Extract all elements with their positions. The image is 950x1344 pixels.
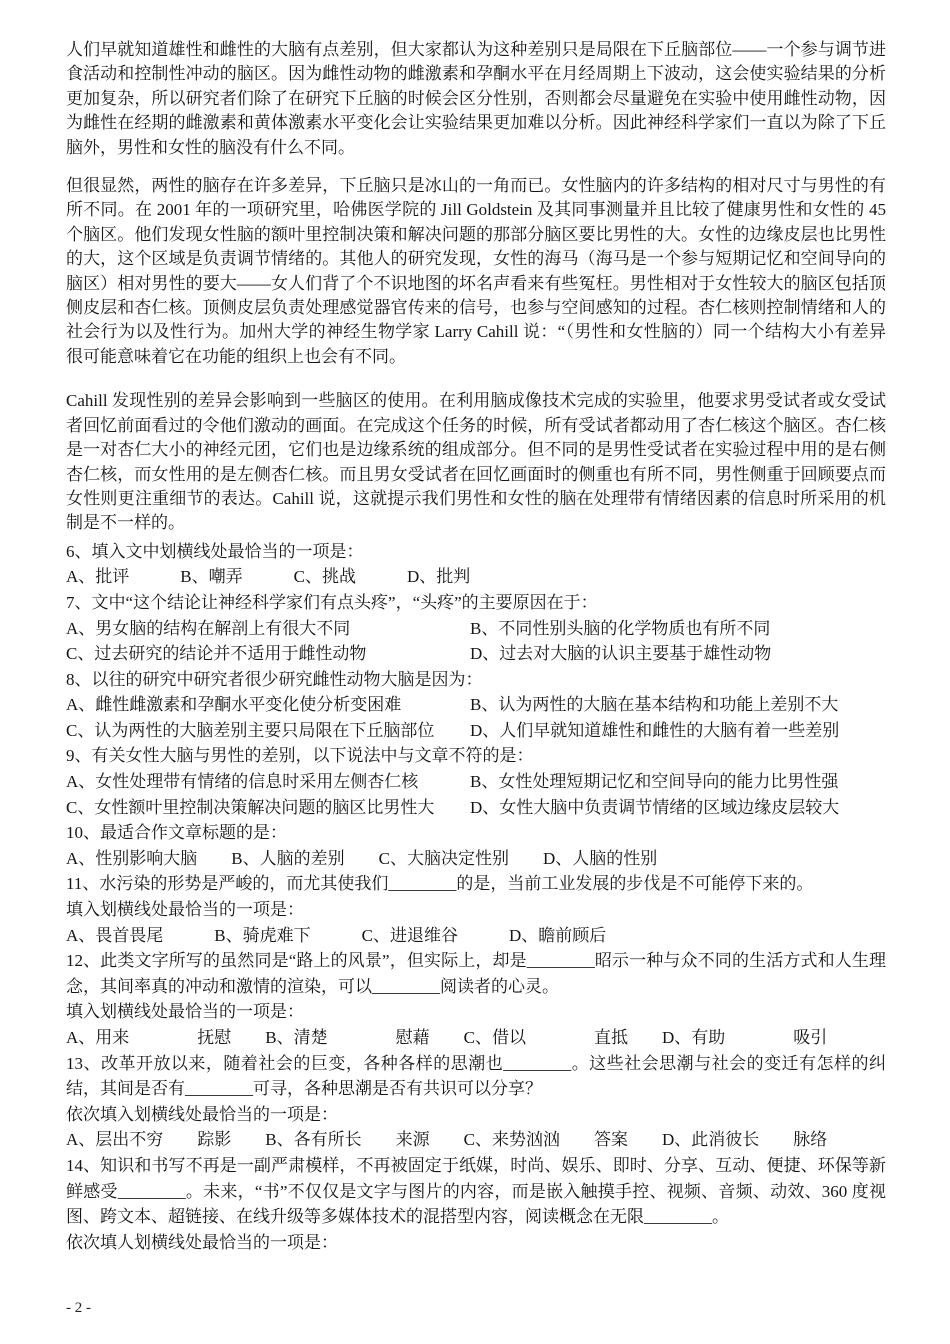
questions-section: 6、填入文中划横线处最恰当的一项是： A、批评 B、嘲弄 C、挑战 D、批判 7… xyxy=(66,539,886,1256)
question-8-option-c: C、认为两性的大脑差别主要只局限在下丘脑部位 xyxy=(66,718,470,744)
question-13-stem: 13、改革开放以来，随着社会的巨变，各种各样的思潮也________。这些社会思… xyxy=(66,1051,886,1102)
question-14-stem: 14、知识和书写不再是一副严肃模样，不再被固定于纸媒，时尚、娱乐、即时、分享、互… xyxy=(66,1153,886,1230)
question-9-option-c: C、女性额叶里控制决策解决问题的脑区比男性大 xyxy=(66,795,470,821)
question-10-stem: 10、最适合作文章标题的是： xyxy=(66,820,886,846)
question-12-stem: 12、此类文字所写的虽然同是“路上的风景”，但实际上，却是________昭示一… xyxy=(66,948,886,999)
question-14-prompt: 依次填人划横线处最恰当的一项是： xyxy=(66,1230,886,1256)
question-12: 12、此类文字所写的虽然同是“路上的风景”，但实际上，却是________昭示一… xyxy=(66,948,886,1050)
question-8-stem: 8、以往的研究中研究者很少研究雌性动物大脑是因为： xyxy=(66,667,886,693)
question-10: 10、最适合作文章标题的是： A、性别影响大脑 B、人脑的差别 C、大脑决定性别… xyxy=(66,820,886,871)
question-9: 9、有关女性大脑与男性的差别，以下说法中与文章不符的是： A、女性处理带有情绪的… xyxy=(66,743,886,820)
question-11-prompt: 填入划横线处最恰当的一项是： xyxy=(66,897,886,923)
question-10-options: A、性别影响大脑 B、人脑的差别 C、大脑决定性别 D、人脑的性别 xyxy=(66,846,886,872)
question-11-options: A、畏首畏尾 B、骑虎难下 C、进退维谷 D、瞻前顾后 xyxy=(66,923,886,949)
question-9-option-a: A、女性处理带有情绪的信息时采用左侧杏仁核 xyxy=(66,769,470,795)
question-8-options-ab: A、雌性雌激素和孕酮水平变化使分析变困难 B、认为两性的大脑在基本结构和功能上差… xyxy=(66,692,886,718)
question-7-options-cd: C、过去研究的结论并不适用于雌性动物 D、过去对大脑的认识主要基于雄性动物 xyxy=(66,641,886,667)
passage-paragraph-3: Cahill 发现性别的差异会影响到一些脑区的使用。在利用脑成像技术完成的实验里… xyxy=(66,389,886,535)
question-8-option-d: D、人们早就知道雄性和雌性的大脑有着一些差别 xyxy=(470,718,886,744)
question-7-options-ab: A、男女脑的结构在解剖上有很大不同 B、不同性别头脑的化学物质也有所不同 xyxy=(66,616,886,642)
question-9-options-ab: A、女性处理带有情绪的信息时采用左侧杏仁核 B、女性处理短期记忆和空间导向的能力… xyxy=(66,769,886,795)
question-8-option-a: A、雌性雌激素和孕酮水平变化使分析变困难 xyxy=(66,692,470,718)
page-content: 人们早就知道雄性和雌性的大脑有点差别，但大家都认为这种差别只是局限在下丘脑部位—… xyxy=(66,38,886,1255)
question-12-options: A、用来 抚慰 B、清楚 慰藉 C、借以 直抵 D、有助 吸引 xyxy=(66,1025,886,1051)
document-page: 人们早就知道雄性和雌性的大脑有点差别，但大家都认为这种差别只是局限在下丘脑部位—… xyxy=(0,0,950,1344)
question-14: 14、知识和书写不再是一副严肃模样，不再被固定于纸媒，时尚、娱乐、即时、分享、互… xyxy=(66,1153,886,1255)
question-11-stem: 11、水污染的形势是严峻的，而尤其使我们________的是，当前工业发展的步伐… xyxy=(66,871,886,897)
question-6-options: A、批评 B、嘲弄 C、挑战 D、批判 xyxy=(66,564,886,590)
question-13: 13、改革开放以来，随着社会的巨变，各种各样的思潮也________。这些社会思… xyxy=(66,1051,886,1153)
question-12-prompt: 填入划横线处最恰当的一项是： xyxy=(66,999,886,1025)
question-11: 11、水污染的形势是严峻的，而尤其使我们________的是，当前工业发展的步伐… xyxy=(66,871,886,948)
question-7-option-b: B、不同性别头脑的化学物质也有所不同 xyxy=(470,616,886,642)
question-6: 6、填入文中划横线处最恰当的一项是： A、批评 B、嘲弄 C、挑战 D、批判 xyxy=(66,539,886,590)
question-7-stem: 7、文中“这个结论让神经科学家们有点头疼”，“头疼”的主要原因在于： xyxy=(66,590,886,616)
question-8: 8、以往的研究中研究者很少研究雌性动物大脑是因为： A、雌性雌激素和孕酮水平变化… xyxy=(66,667,886,744)
question-6-stem: 6、填入文中划横线处最恰当的一项是： xyxy=(66,539,886,565)
question-7-option-d: D、过去对大脑的认识主要基于雄性动物 xyxy=(470,641,886,667)
question-9-stem: 9、有关女性大脑与男性的差别，以下说法中与文章不符的是： xyxy=(66,743,886,769)
question-8-option-b: B、认为两性的大脑在基本结构和功能上差别不大 xyxy=(470,692,886,718)
question-7-option-a: A、男女脑的结构在解剖上有很大不同 xyxy=(66,616,470,642)
question-13-prompt: 依次填入划横线处最恰当的一项是： xyxy=(66,1102,886,1128)
question-7-option-c: C、过去研究的结论并不适用于雌性动物 xyxy=(66,641,470,667)
question-7: 7、文中“这个结论让神经科学家们有点头疼”，“头疼”的主要原因在于： A、男女脑… xyxy=(66,590,886,667)
question-9-option-b: B、女性处理短期记忆和空间导向的能力比男性强 xyxy=(470,769,886,795)
passage-paragraph-2: 但很显然，两性的脑存在许多差异，下丘脑只是冰山的一角而已。女性脑内的许多结构的相… xyxy=(66,174,886,369)
question-9-option-d: D、女性大脑中负责调节情绪的区域边缘皮层较大 xyxy=(470,795,886,821)
question-8-options-cd: C、认为两性的大脑差别主要只局限在下丘脑部位 D、人们早就知道雄性和雌性的大脑有… xyxy=(66,718,886,744)
page-number: - 2 - xyxy=(66,1300,91,1317)
question-13-options: A、层出不穷 踪影 B、各有所长 来源 C、来势汹汹 答案 D、此消彼长 脉络 xyxy=(66,1127,886,1153)
passage-paragraph-1: 人们早就知道雄性和雌性的大脑有点差别，但大家都认为这种差别只是局限在下丘脑部位—… xyxy=(66,38,886,160)
question-9-options-cd: C、女性额叶里控制决策解决问题的脑区比男性大 D、女性大脑中负责调节情绪的区域边… xyxy=(66,795,886,821)
